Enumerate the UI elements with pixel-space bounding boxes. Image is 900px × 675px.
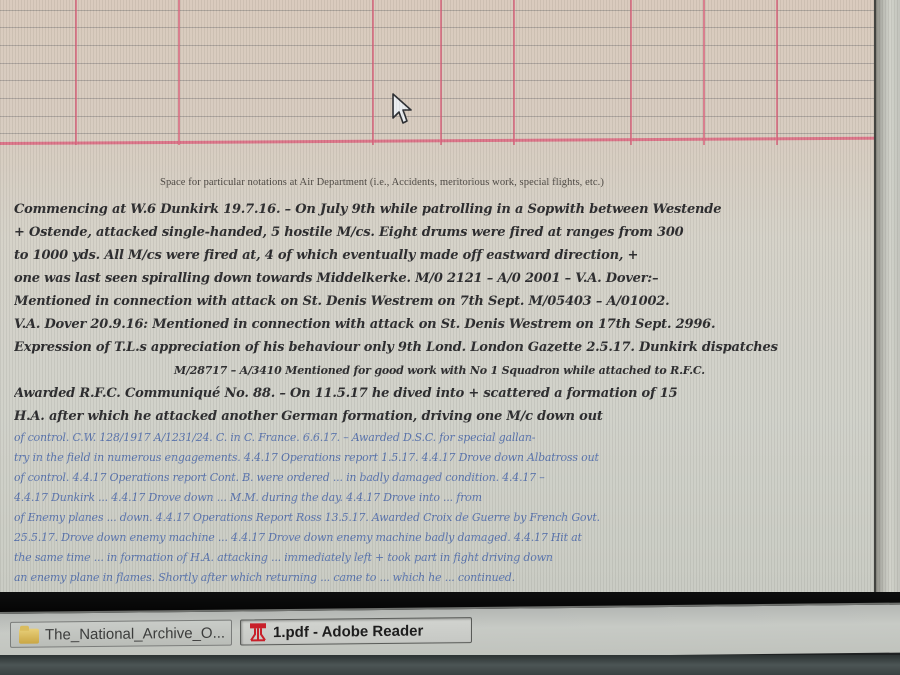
page-binding-edge bbox=[874, 0, 900, 592]
taskbar: The_National_Archive_O... 1.pdf - Adobe … bbox=[0, 603, 900, 662]
ledger-grid bbox=[0, 0, 880, 148]
handwritten-note-line: of Enemy planes ... down. 4.4.17 Operati… bbox=[14, 508, 872, 528]
handwritten-note-line: V.A. Dover 20.9.16: Mentioned in connect… bbox=[14, 313, 872, 336]
handwritten-note-line: one was last seen spiralling down toward… bbox=[14, 267, 872, 290]
folder-icon bbox=[19, 626, 39, 644]
handwritten-note-line: Awarded R.F.C. Communiqué No. 88. – On 1… bbox=[14, 382, 872, 405]
ledger-column-line bbox=[776, 0, 778, 145]
ledger-column-line bbox=[703, 0, 705, 145]
handwritten-note-line: 4.4.17 Dunkirk ... 4.4.17 Drove down ...… bbox=[14, 488, 872, 508]
ledger-column-line bbox=[630, 0, 632, 145]
monitor-screen: Space for particular notations at Air De… bbox=[0, 0, 900, 675]
arrow-pointer-icon bbox=[391, 92, 413, 126]
taskbar-item-file-explorer[interactable]: The_National_Archive_O... bbox=[10, 620, 232, 648]
handwritten-note-line: Commencing at W.6 Dunkirk 19.7.16. – On … bbox=[14, 198, 872, 221]
ledger-column-line bbox=[372, 0, 374, 145]
handwritten-note-line: of control. 4.4.17 Operations report Con… bbox=[14, 468, 872, 488]
ledger-column-line bbox=[440, 0, 442, 145]
taskbar-item-label: 1.pdf - Adobe Reader bbox=[273, 622, 423, 641]
document-viewport[interactable]: Space for particular notations at Air De… bbox=[0, 0, 900, 592]
handwritten-note-line: to 1000 yds. All M/cs were fired at, 4 o… bbox=[14, 244, 872, 267]
handwritten-note-line: H.A. after which he attacked another Ger… bbox=[14, 405, 872, 428]
handwritten-note-line: try in the field in numerous engagements… bbox=[14, 448, 872, 468]
handwritten-note-line: M/28717 – A/3410 Mentioned for good work… bbox=[14, 359, 872, 382]
handwritten-note-line: Mentioned in connection with attack on S… bbox=[14, 290, 872, 313]
ledger-column-line bbox=[513, 0, 515, 145]
handwritten-note-line: 25.5.17. Drove down enemy machine ... 4.… bbox=[14, 528, 872, 548]
section-heading: Space for particular notations at Air De… bbox=[160, 177, 800, 188]
handwritten-notes: Commencing at W.6 Dunkirk 19.7.16. – On … bbox=[14, 198, 872, 588]
handwritten-note-line: an enemy plane in flames. Shortly after … bbox=[14, 568, 872, 588]
adobe-reader-icon bbox=[249, 622, 267, 642]
taskbar-item-adobe-reader[interactable]: 1.pdf - Adobe Reader bbox=[240, 617, 472, 645]
handwritten-note-line: + Ostende, attacked single-handed, 5 hos… bbox=[14, 221, 872, 244]
desk-background bbox=[0, 655, 900, 675]
handwritten-note-line: Expression of T.L.s appreciation of his … bbox=[14, 336, 872, 359]
ledger-column-line bbox=[75, 0, 77, 145]
ledger-column-line bbox=[178, 0, 180, 145]
handwritten-note-line: the same time ... in formation of H.A. a… bbox=[14, 548, 872, 568]
taskbar-item-label: The_National_Archive_O... bbox=[45, 624, 225, 643]
handwritten-note-line: of control. C.W. 128/1917 A/1231/24. C. … bbox=[14, 428, 872, 448]
